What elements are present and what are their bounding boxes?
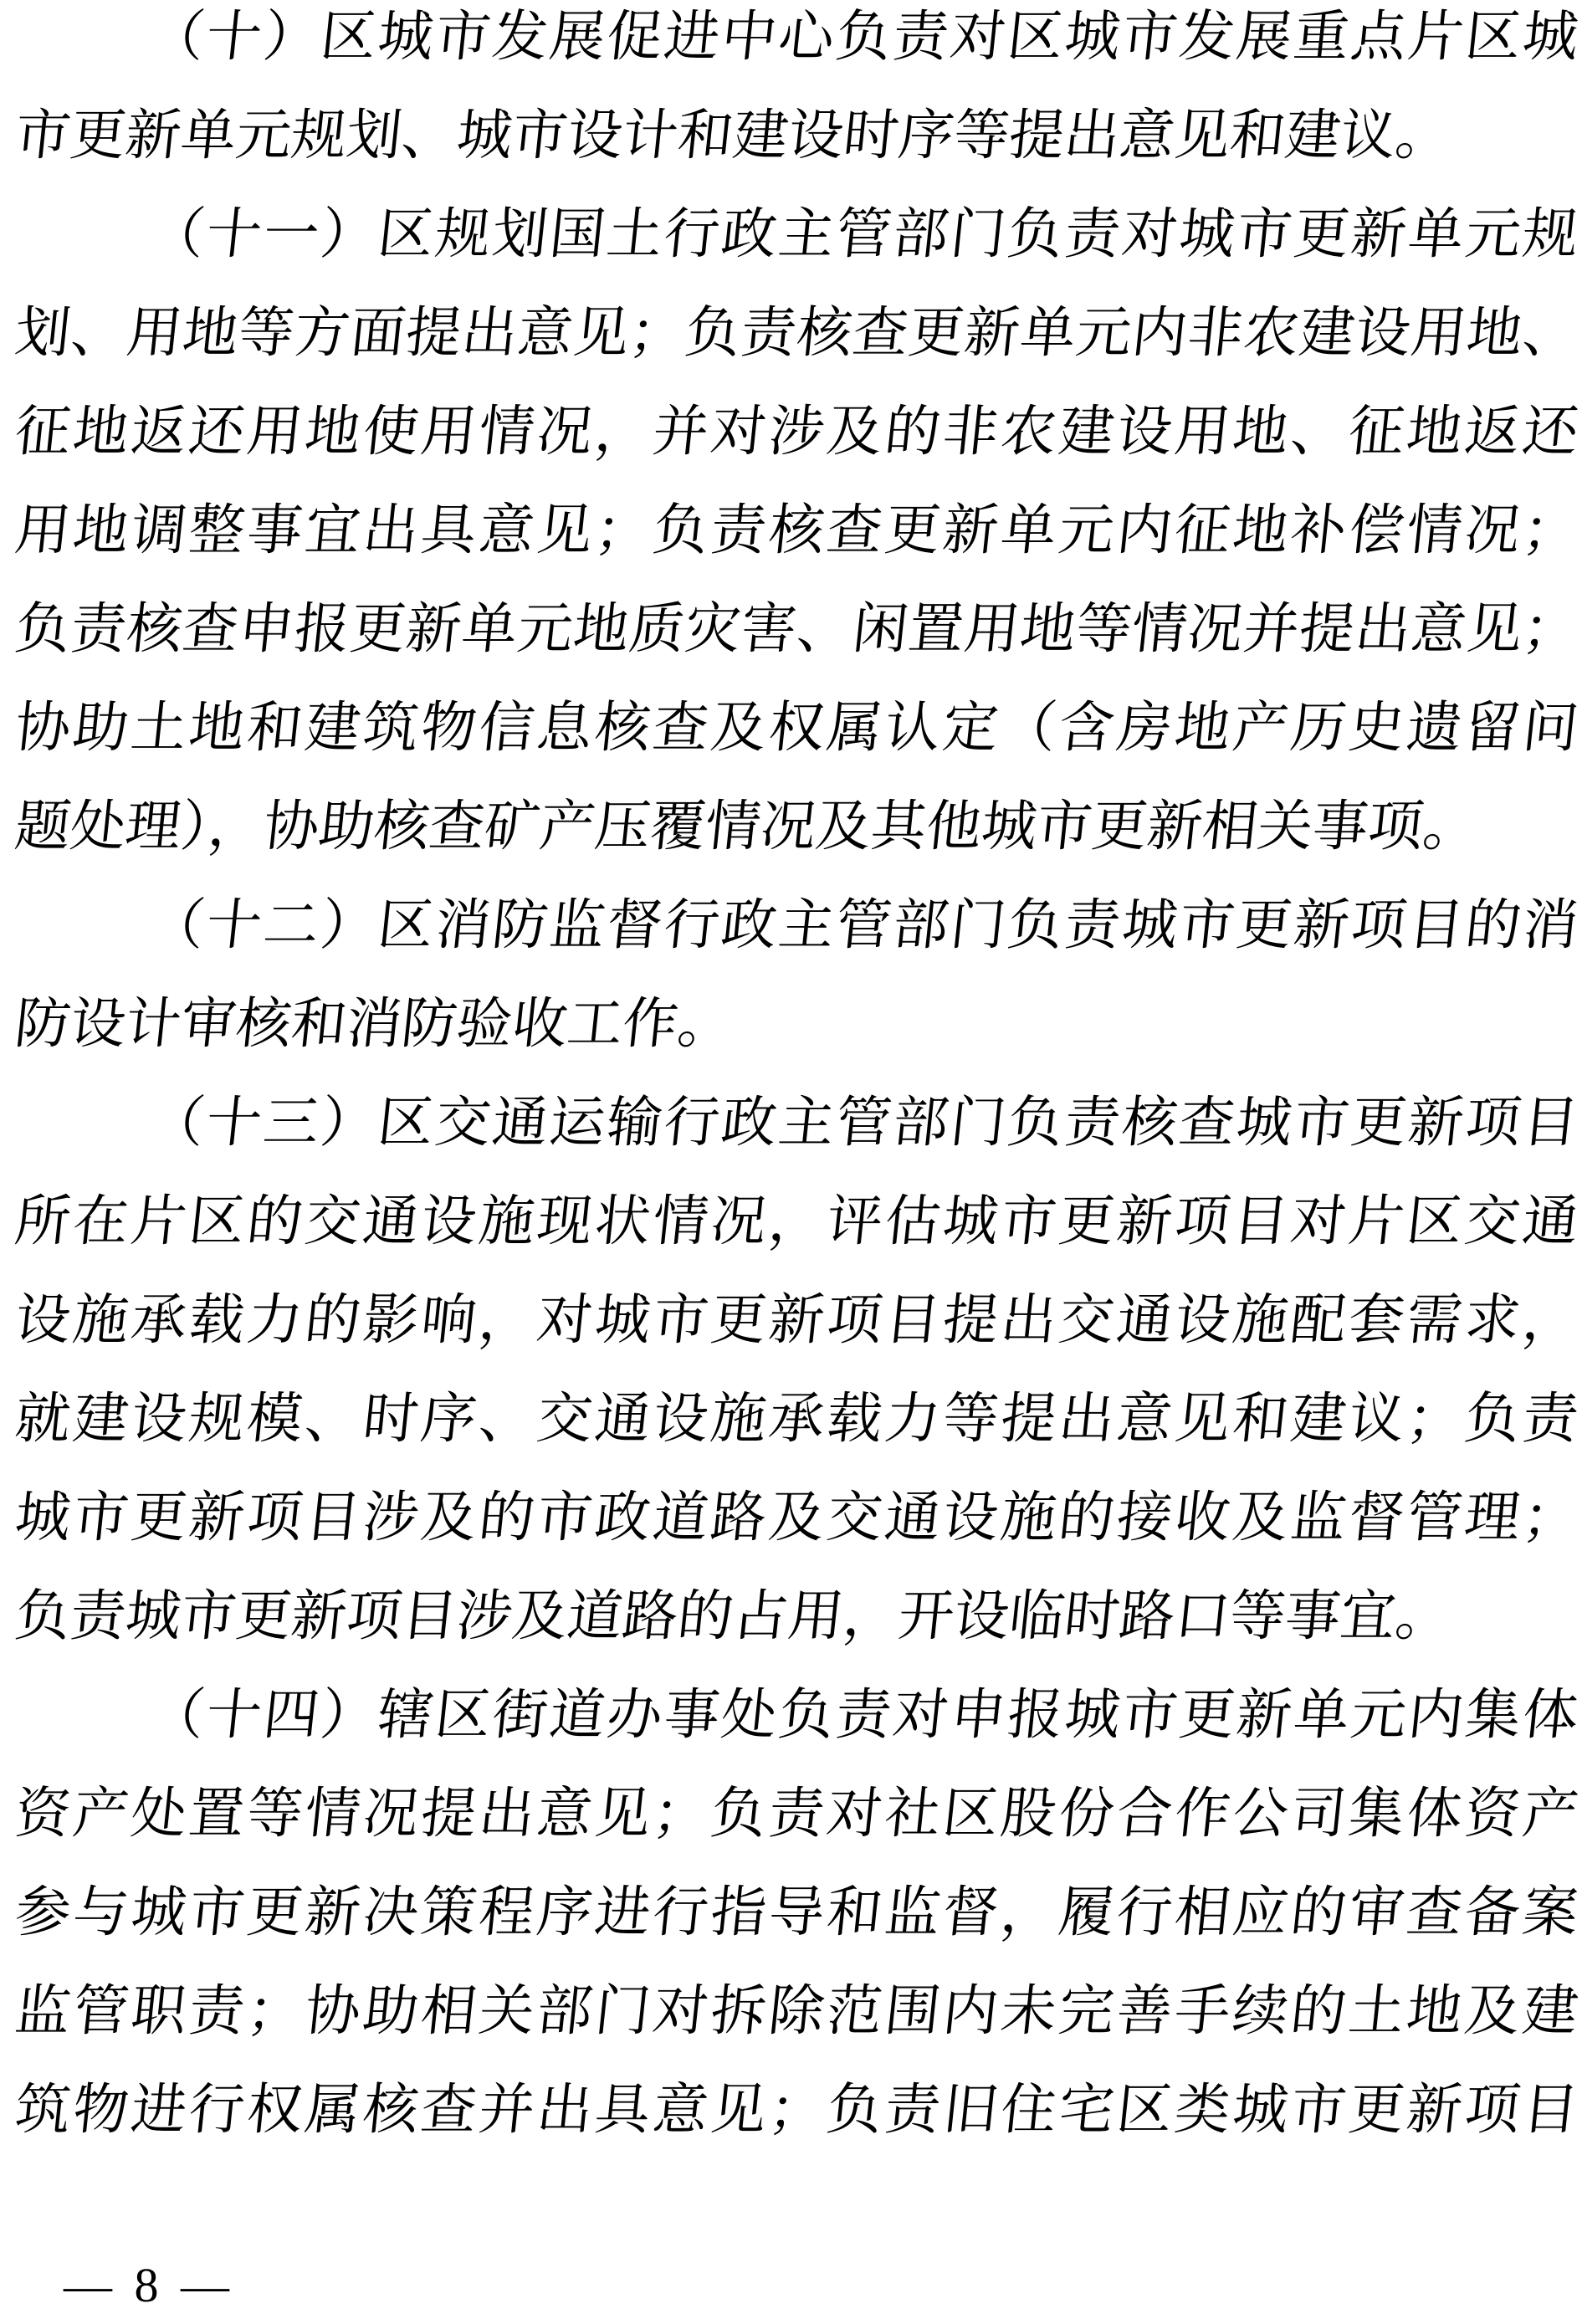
text-line: （十一）区规划国土行政主管部门负责对城市更新单元规 [10,186,1582,284]
document-page: （十）区城市发展促进中心负责对区城市发展重点片区城 市更新单元规划、城市设计和建… [0,0,1582,2324]
text-line: 协助土地和建筑物信息核查及权属认定（含房地产历史遗留问 [10,679,1582,778]
page-footer: — 8 — [64,2252,234,2319]
text-line: 所在片区的交通设施现状情况，评估城市更新项目对片区交通 [10,1173,1582,1272]
document-body: （十）区城市发展促进中心负责对区城市发展重点片区城 市更新单元规划、城市设计和建… [10,0,1573,2160]
paragraph-item-12: （十二）区消防监督行政主管部门负责城市更新项目的消 防设计审核和消防验收工作。 [10,877,1573,1074]
text-line: 划、用地等方面提出意见；负责核查更新单元内非农建设用地、 [10,284,1582,383]
page-number: — 8 — [64,2258,234,2312]
text-line: 资产处置等情况提出意见；负责对社区股份合作公司集体资产 [10,1765,1582,1864]
text-line: 监管职责；协助相关部门对拆除范围内未完善手续的土地及建 [10,1963,1582,2061]
text-line: 城市更新项目涉及的市政道路及交通设施的接收及监督管理； [10,1469,1582,1568]
text-line: （十三）区交通运输行政主管部门负责核查城市更新项目 [10,1074,1582,1173]
paragraph-item-13: （十三）区交通运输行政主管部门负责核查城市更新项目 所在片区的交通设施现状情况，… [10,1074,1573,1666]
text-line: 参与城市更新决策程序进行指导和监督，履行相应的审查备案 [10,1864,1582,1963]
text-line: 就建设规模、时序、交通设施承载力等提出意见和建议；负责 [10,1370,1582,1469]
text-line: 征地返还用地使用情况，并对涉及的非农建设用地、征地返还 [10,383,1582,482]
text-line: 筑物进行权属核查并出具意见；负责旧住宅区类城市更新项目 [10,2061,1582,2160]
text-line: 设施承载力的影响，对城市更新项目提出交通设施配套需求， [10,1272,1582,1370]
text-line: 市更新单元规划、城市设计和建设时序等提出意见和建议。 [10,87,1582,186]
text-line: （十）区城市发展促进中心负责对区城市发展重点片区城 [10,0,1582,87]
paragraph-item-10: （十）区城市发展促进中心负责对区城市发展重点片区城 市更新单元规划、城市设计和建… [10,0,1573,186]
text-line: （十四）辖区街道办事处负责对申报城市更新单元内集体 [10,1666,1582,1765]
text-line: 负责核查申报更新单元地质灾害、闲置用地等情况并提出意见； [10,581,1582,679]
text-line: 负责城市更新项目涉及道路的占用，开设临时路口等事宜。 [10,1568,1582,1666]
text-line: （十二）区消防监督行政主管部门负责城市更新项目的消 [10,877,1582,975]
text-line: 防设计审核和消防验收工作。 [10,975,1582,1074]
paragraph-item-11: （十一）区规划国土行政主管部门负责对城市更新单元规 划、用地等方面提出意见；负责… [10,186,1573,877]
text-line: 用地调整事宜出具意见；负责核查更新单元内征地补偿情况； [10,482,1582,581]
text-line: 题处理），协助核查矿产压覆情况及其他城市更新相关事项。 [10,778,1582,877]
paragraph-item-14: （十四）辖区街道办事处负责对申报城市更新单元内集体 资产处置等情况提出意见；负责… [10,1666,1573,2160]
